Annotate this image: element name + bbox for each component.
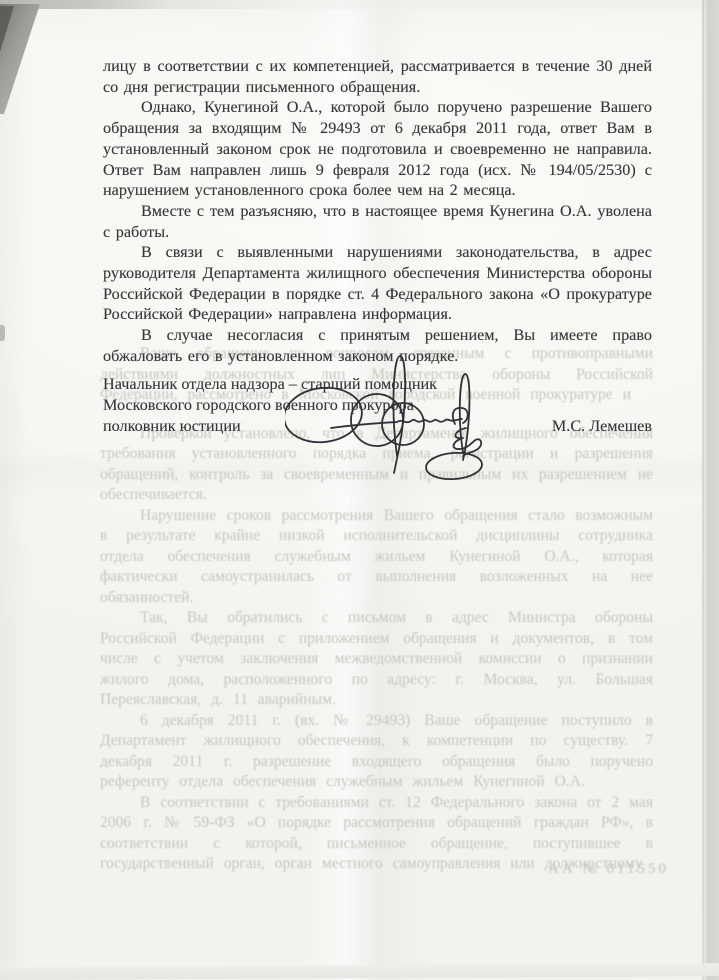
page-right-edge-line bbox=[702, 0, 704, 980]
paragraph-intro-continuation: лицу в соответствии с их компетенцией, р… bbox=[103, 56, 652, 97]
scanned-letter-page: Ваше обращение по вопросам, связанным с … bbox=[0, 0, 719, 980]
paragraph-dismissal-note: Вместе с тем разъясняю, что в настоящее … bbox=[103, 201, 652, 242]
paragraph-violation-details: Однако, Кунегиной О.А., которой было пор… bbox=[103, 97, 652, 201]
handwritten-signature-icon bbox=[285, 353, 585, 553]
ghost-paragraph: 6 декабря 2011 г. (вх. № 29493) Ваше обр… bbox=[100, 711, 653, 793]
fold-mark bbox=[0, 325, 5, 341]
scanner-top-edge bbox=[0, 0, 719, 9]
scanner-bottom-strip bbox=[0, 963, 719, 980]
page-right-edge bbox=[702, 0, 719, 980]
letter-body: лицу в соответствии с их компетенцией, р… bbox=[103, 56, 652, 367]
signer-rank: полковник юстиции bbox=[103, 416, 241, 437]
paragraph-information-sent: В связи с выявленными нарушениями законо… bbox=[103, 242, 652, 325]
ghost-form-number: АА № 011550 bbox=[548, 861, 708, 878]
ghost-paragraph: Так, Вы обратились с письмом в адрес Мин… bbox=[100, 608, 653, 711]
